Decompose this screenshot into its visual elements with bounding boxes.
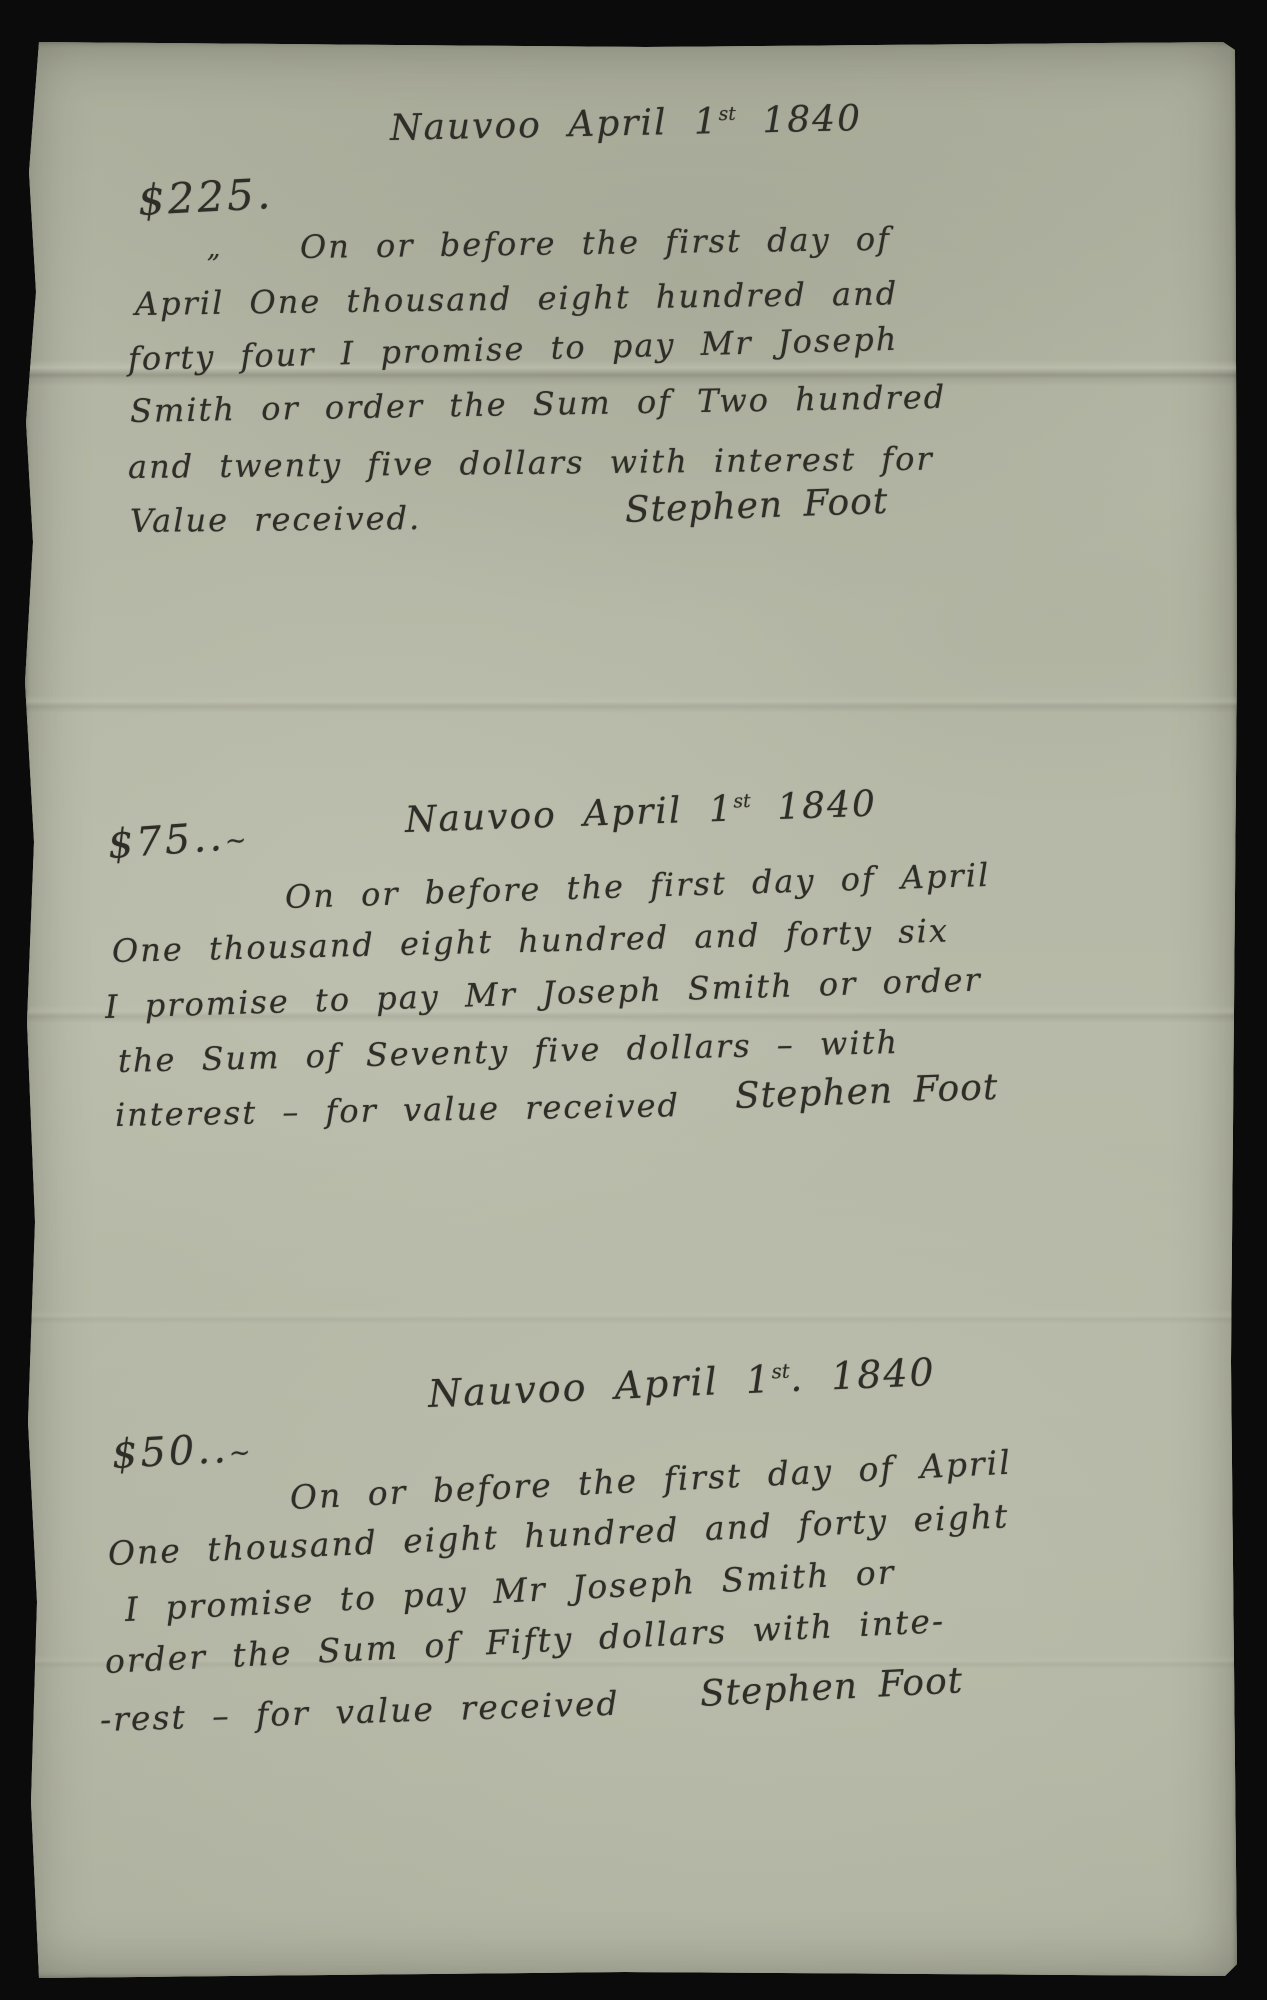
note-2-amount-value: $75..: [106, 814, 226, 868]
note-2-amount: $75..∼: [106, 812, 248, 868]
note-2-line-5: interest – for value received: [115, 1086, 681, 1134]
note-3-heading: Nauvoo April 1st. 1840: [427, 1350, 937, 1416]
note-3-signature: Stephen Foot: [699, 1660, 964, 1715]
note-2-line-3: I promise to pay Mr Joseph Smith or orde…: [104, 960, 982, 1026]
note-2-line-4: the Sum of Seventy five dollars – with: [118, 1023, 900, 1080]
note-2-signature: Stephen Foot: [734, 1067, 999, 1117]
scan-background: Nauvoo April 1st 1840 $225. „ On or befo…: [0, 0, 1267, 2000]
note-1-line-5: and twenty five dollars with interest fo…: [128, 440, 934, 486]
note-1-heading-ordinal: st: [718, 104, 736, 125]
note-2-heading: Nauvoo April 1st 1840: [404, 784, 877, 841]
note-1-line-4: Smith or order the Sum of Two hundred: [130, 378, 947, 430]
note-1-line-3: forty four I promise to pay Mr Joseph: [128, 320, 899, 378]
note-1-heading-year: 1840: [736, 98, 863, 142]
note-2-heading-year: 1840: [750, 784, 877, 829]
note-2-line-2: One thousand eight hundred and forty six: [112, 912, 950, 970]
note-1-line-2: April One thousand eight hundred and: [135, 274, 899, 323]
note-3-amount-flourish: ∼: [228, 1438, 252, 1469]
note-3-amount-value: $50..: [111, 1426, 230, 1478]
note-1-amount-ditto-mark: „: [207, 234, 221, 264]
document-page: Nauvoo April 1st 1840 $225. „ On or befo…: [25, 42, 1237, 1978]
note-1-signature: Stephen Foot: [624, 481, 889, 531]
note-2-amount-flourish: ∼: [224, 825, 249, 857]
note-1-heading: Nauvoo April 1st 1840: [390, 98, 863, 149]
note-1-amount: $225.: [137, 169, 275, 225]
fold-crease-4: [25, 1310, 1237, 1324]
note-1-line-1: On or before the first day of: [300, 220, 891, 266]
note-3-heading-place-date: Nauvoo April 1: [427, 1357, 773, 1416]
note-3-line-5: -rest – for value received: [99, 1684, 620, 1739]
note-3-heading-ordinal: st: [771, 1360, 790, 1384]
note-2-line-1: On or before the first day of April: [284, 856, 990, 916]
fold-crease-2: [25, 695, 1237, 713]
note-3-heading-year: . 1840: [789, 1350, 937, 1400]
note-1-heading-place-date: Nauvoo April 1: [390, 101, 720, 149]
note-2-heading-place-date: Nauvoo April 1: [404, 789, 734, 841]
note-1-line-6: Value received.: [130, 499, 422, 540]
note-3-amount: $50..∼: [111, 1425, 253, 1478]
note-2-heading-ordinal: st: [733, 791, 751, 813]
